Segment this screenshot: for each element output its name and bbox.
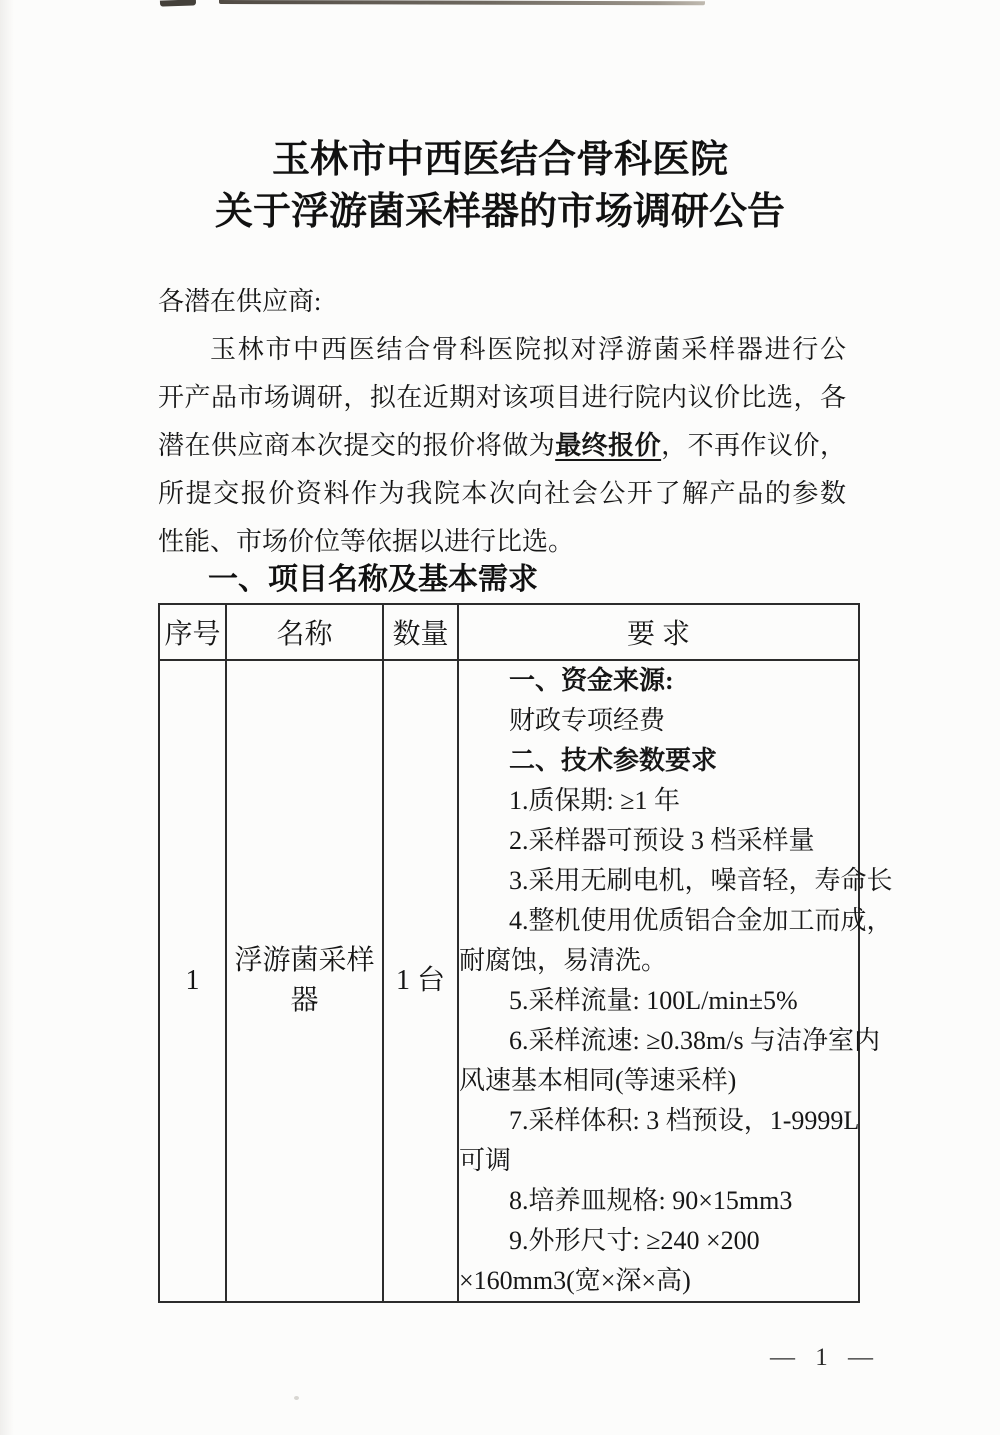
intro-line: 潜在供应商本次提交的报价将做为最终报价，不再作议价， <box>158 422 846 470</box>
intro-line: 开产品市场调研，拟在近期对该项目进行院内议价比选，各 <box>158 374 846 422</box>
scan-speck <box>294 1396 299 1400</box>
section-heading: 一、项目名称及基本需求 <box>158 560 846 600</box>
requirement-line: 风速基本相同(等速采样) <box>459 1061 858 1101</box>
text-segment: 所提交报价资料作为我院本次向社会公开了解产品的参数 <box>158 479 846 508</box>
requirement-line: 7.采样体积: 3 档预设，1-9999L <box>459 1101 858 1141</box>
requirement-line: 二、技术参数要求 <box>459 741 858 781</box>
body-text: 各潜在供应商: 玉林市中西医结合骨科医院拟对浮游菌采样器进行公开产品市场调研，拟… <box>158 278 846 566</box>
salutation: 各潜在供应商: <box>158 278 846 326</box>
text-segment: 开产品市场调研，拟在近期对该项目进行院内议价比选，各 <box>158 383 846 412</box>
requirement-line: 财政专项经费 <box>459 701 858 741</box>
requirement-line: 1.质保期: ≥1 年 <box>459 781 858 821</box>
intro-line: 性能、市场价位等依据以进行比选。 <box>158 518 846 566</box>
text-segment: 性能、市场价位等依据以进行比选。 <box>158 527 574 556</box>
requirement-line: 一、资金来源: <box>459 661 858 701</box>
title-line-2: 关于浮游菌采样器的市场调研公告 <box>0 186 1000 238</box>
requirement-line: 8.培养皿规格: 90×15mm3 <box>459 1181 858 1221</box>
document-title: 玉林市中西医结合骨科医院 关于浮游菌采样器的市场调研公告 <box>0 134 1000 238</box>
requirement-line: 9.外形尺寸: ≥240 ×200 <box>459 1221 858 1261</box>
cell-seq: 1 <box>159 660 226 1302</box>
cell-qty: 1 台 <box>383 660 458 1302</box>
scan-artifact-line <box>219 0 705 5</box>
text-segment: 潜在供应商本次提交的报价将做为 <box>158 431 555 460</box>
requirement-line: 可调 <box>459 1141 858 1181</box>
table-row: 1 浮游菌采样器 1 台 一、资金来源:财政专项经费二、技术参数要求1.质保期:… <box>159 660 859 1302</box>
title-line-1: 玉林市中西医结合骨科医院 <box>0 134 1000 186</box>
requirement-line: 4.整机使用优质铝合金加工而成， <box>459 901 858 941</box>
text-segment: 玉林市中西医结合骨科医院拟对浮游菌采样器进行公 <box>210 335 846 364</box>
requirement-line: 6.采样流速: ≥0.38m/s 与洁净室内 <box>459 1021 858 1061</box>
requirement-line: 耐腐蚀，易清洗。 <box>459 941 858 981</box>
requirement-line: ×160mm3(宽×深×高) <box>459 1261 858 1301</box>
intro-paragraph: 玉林市中西医结合骨科医院拟对浮游菌采样器进行公开产品市场调研，拟在近期对该项目进… <box>158 326 846 566</box>
scan-artifact-mark <box>160 0 196 7</box>
emphasized-text: 最终报价 <box>555 431 661 460</box>
cell-name: 浮游菌采样器 <box>226 660 383 1302</box>
table-header-row: 序号名称数量要 求 <box>159 604 859 660</box>
table-header-cell: 序号 <box>159 604 226 660</box>
table-header-cell: 要 求 <box>458 604 859 660</box>
page-number: — 1 — <box>770 1344 880 1372</box>
requirements-table: 序号名称数量要 求 1 浮游菌采样器 1 台 一、资金来源:财政专项经费二、技术… <box>158 603 860 1303</box>
document-page: 玉林市中西医结合骨科医院 关于浮游菌采样器的市场调研公告 各潜在供应商: 玉林市… <box>0 0 1000 1435</box>
table-header-cell: 数量 <box>383 604 458 660</box>
table-header-cell: 名称 <box>226 604 383 660</box>
intro-line: 所提交报价资料作为我院本次向社会公开了解产品的参数 <box>158 470 846 518</box>
requirement-line: 5.采样流量: 100L/min±5% <box>459 981 858 1021</box>
text-segment: ，不再作议价， <box>661 431 846 460</box>
requirement-line: 2.采样器可预设 3 档采样量 <box>459 821 858 861</box>
intro-line: 玉林市中西医结合骨科医院拟对浮游菌采样器进行公 <box>158 326 846 374</box>
requirement-line: 3.采用无刷电机，噪音轻，寿命长 <box>459 861 858 901</box>
cell-requirements: 一、资金来源:财政专项经费二、技术参数要求1.质保期: ≥1 年2.采样器可预设… <box>458 660 859 1302</box>
